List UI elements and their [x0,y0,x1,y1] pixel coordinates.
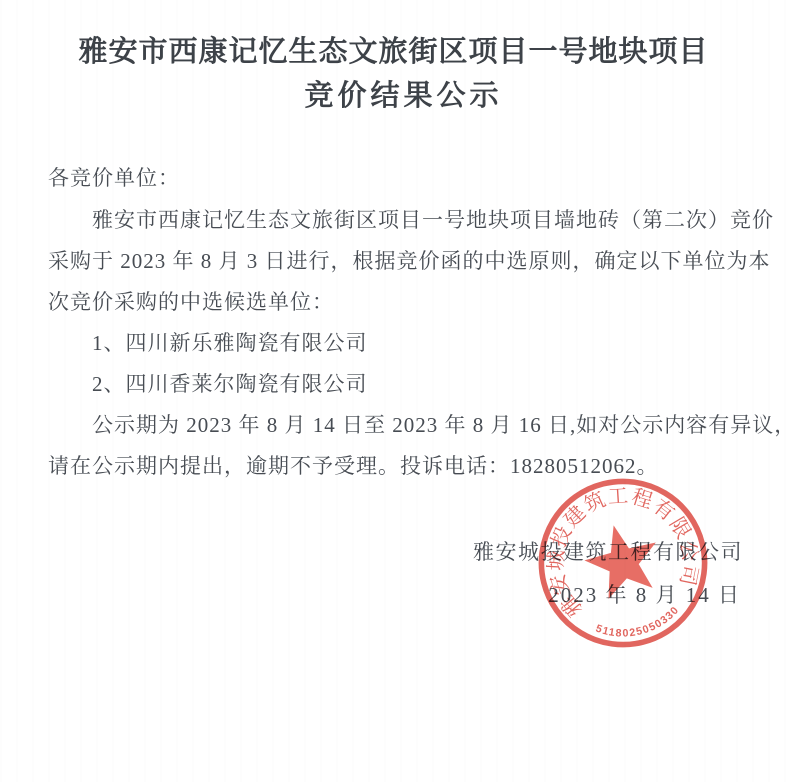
salutation: 各竞价单位： [48,158,748,199]
page-title: 雅安市西康记忆生态文旅街区项目一号地块项目 竞价结果公示 [0,30,787,118]
title-line-2: 竞价结果公示 [10,74,787,118]
paragraph-1-line-3: 次竞价采购的中选候选单位： [48,282,748,323]
candidate-item-2: 2、四川香莱尔陶瓷有限公司 [48,364,748,405]
paragraph-2-line-1: 公示期为 2023 年 8 月 14 日至 2023 年 8 月 16 日,如对… [48,405,748,446]
document-page: 雅安市西康记忆生态文旅街区项目一号地块项目 竞价结果公示 各竞价单位： 雅安市西… [0,0,787,782]
candidate-item-1: 1、四川新乐雅陶瓷有限公司 [48,323,748,364]
stamp-star-icon [578,516,666,602]
title-line-1: 雅安市西康记忆生态文旅街区项目一号地块项目 [78,36,708,68]
paragraph-1-line-1: 雅安市西康记忆生态文旅街区项目一号地块项目墙地砖（第二次）竞价 [48,200,748,241]
stamp-rotated-group: 雅安城投建筑工程有限公司 5118025050330 [524,464,722,662]
candidate-list: 1、四川新乐雅陶瓷有限公司 2、四川香莱尔陶瓷有限公司 [48,323,748,405]
paragraph-1-line-2: 采购于 2023 年 8 月 3 日进行，根据竞价函的中选原则，确定以下单位为本 [48,241,748,282]
paragraph-1: 雅安市西康记忆生态文旅街区项目一号地块项目墙地砖（第二次）竞价 采购于 2023… [48,200,748,323]
company-seal-stamp: 雅安城投建筑工程有限公司 5118025050330 [521,461,725,665]
